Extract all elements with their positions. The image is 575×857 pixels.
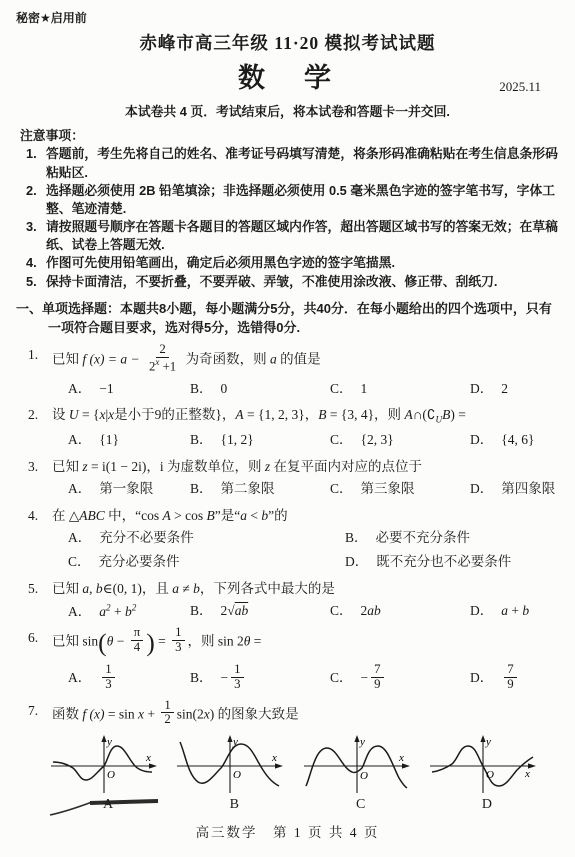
x-axis-label: x	[145, 752, 151, 764]
option-d: D．{4, 6}	[470, 430, 559, 450]
question-6-options: A．13 B．−13 C．−79 D．79	[68, 665, 559, 694]
option-c: C．第三象限	[330, 479, 470, 499]
question-number: 4.	[28, 506, 52, 526]
option-label: D．	[470, 603, 493, 618]
question-7: 7. 函数 f (x) = sin x + 12sin(2x) 的图象大致是	[28, 701, 559, 730]
graph-b-plot: y x O	[172, 733, 296, 795]
option-text: −79	[361, 670, 387, 685]
graph-b-label-row: B	[172, 795, 296, 817]
question-5: 5. 已知 a, b∈(0, 1)，且 a ≠ b，下列各式中最大的是	[28, 579, 559, 599]
option-d: D．2	[470, 379, 559, 399]
note-text: 保持卡面清洁，不要折叠，不要弄破、弄皱，不准使用涂改液、修正带、刮纸刀.	[46, 273, 559, 291]
note-text: 选择题必须使用 2B 铅笔填涂；非选择题必须使用 0.5 毫米黑色字迹的签字笔书…	[46, 182, 559, 218]
note-number: 3.	[26, 218, 46, 254]
origin-label: O	[107, 769, 115, 781]
option-b: B．{1, 2}	[190, 430, 330, 450]
exam-paper-page: 秘密★启用前 赤峰市高三年级 11·20 模拟考试试题 数 学 2025.11 …	[0, 0, 575, 857]
option-b: B．−13	[190, 665, 330, 694]
option-label: C．	[330, 670, 353, 685]
graph-option-a: y x O A	[46, 733, 170, 817]
origin-label: O	[233, 769, 241, 781]
option-label: D．	[470, 432, 493, 447]
option-label: C．	[330, 432, 353, 447]
option-label: D．	[345, 554, 368, 569]
question-number: 3.	[28, 457, 52, 477]
option-a: A．13	[68, 665, 190, 694]
option-text: 2	[501, 381, 508, 396]
x-axis-label: x	[271, 752, 277, 764]
note-text: 作图可先使用铅笔画出，确定后必须用黑色字迹的签字笔描黑.	[46, 254, 559, 272]
graph-c-label-row: C	[299, 795, 423, 817]
question-number: 6.	[28, 628, 52, 648]
question-number: 1.	[28, 345, 52, 365]
graph-option-d: y x O D	[425, 733, 549, 817]
question-number: 2.	[28, 405, 52, 425]
option-label: A．	[68, 604, 91, 619]
option-label: A．	[68, 530, 91, 545]
option-label: B．	[345, 530, 368, 545]
graph-a-curve	[53, 746, 152, 780]
x-axis-label: x	[398, 752, 404, 764]
question-4-options: A．充分不必要条件 B．必要不充分条件 C．充分必要条件 D．既不充分也不必要条…	[68, 528, 559, 571]
question-4: 4. 在 △ABC 中，“cos A > cos B”是“a < b”的	[28, 506, 559, 526]
note-number: 5.	[26, 273, 46, 291]
y-axis-label: y	[232, 736, 238, 748]
option-label: A．	[68, 381, 91, 396]
exam-date: 2025.11	[499, 78, 541, 97]
graph-option-b: y x O B	[172, 733, 296, 817]
option-text: a2 + b2	[99, 604, 136, 619]
option-d: D．第四象限	[470, 479, 559, 499]
option-a: A．充分不必要条件	[68, 528, 345, 548]
note-item-1: 1. 答题前，考生先将自己的姓名、准考证号码填写清楚，将条形码准确粘贴在考生信息…	[26, 145, 559, 181]
return-note: 本试卷共 4 页．考试结束后，将本试卷和答题卡一并交回.	[16, 103, 559, 122]
question-2: 2. 设 U = {x|x是小于9的正整数}，A = {1, 2, 3}，B =…	[28, 405, 559, 427]
note-item-4: 4. 作图可先使用铅笔画出，确定后必须用黑色字迹的签字笔描黑.	[26, 254, 559, 272]
question-stem: 函数 f (x) = sin x + 12sin(2x) 的图象大致是	[52, 701, 559, 730]
option-text: 第二象限	[221, 481, 275, 496]
question-2-options: A．{1} B．{1, 2} C．{2, 3} D．{4, 6}	[68, 430, 559, 450]
graph-letter: B	[230, 797, 239, 812]
option-label: B．	[190, 381, 213, 396]
note-text: 请按照题号顺序在答题卡各题目的答题区域内作答，超出答题区域书写的答案无效；在草稿…	[46, 218, 559, 254]
graph-option-c: y x O C	[299, 733, 423, 817]
option-c: C．{2, 3}	[330, 430, 470, 450]
option-text: {4, 6}	[501, 432, 534, 447]
exam-title: 赤峰市高三年级 11·20 模拟考试试题	[16, 31, 559, 56]
option-text: −13	[221, 670, 247, 685]
graph-letter: C	[356, 797, 365, 812]
question-stem: 在 △ABC 中，“cos A > cos B”是“a < b”的	[52, 506, 559, 526]
option-text: 充分必要条件	[99, 554, 180, 569]
option-text: 第一象限	[99, 481, 153, 496]
option-text: {1}	[99, 432, 119, 447]
option-b: B．2√ab	[190, 601, 330, 621]
option-text: 2ab	[361, 603, 381, 618]
option-text: 既不充分也不必要条件	[376, 554, 511, 569]
subject-row: 数 学 2025.11	[16, 59, 559, 99]
note-number: 1.	[26, 145, 46, 181]
note-text: 答题前，考生先将自己的姓名、准考证号码填写清楚，将条形码准确粘贴在考生信息条形码…	[46, 145, 559, 181]
question-stem: 设 U = {x|x是小于9的正整数}，A = {1, 2, 3}，B = {3…	[52, 405, 559, 427]
option-text: {1, 2}	[221, 432, 254, 447]
option-label: C．	[330, 603, 353, 618]
option-a: A．a2 + b2	[68, 601, 190, 621]
note-item-3: 3. 请按照题号顺序在答题卡各题目的答题区域内作答，超出答题区域书写的答案无效；…	[26, 218, 559, 254]
question-7-graphs: y x O A y x O	[46, 733, 549, 817]
graph-a-plot: y x O	[46, 733, 170, 795]
option-b: B．0	[190, 379, 330, 399]
option-label: D．	[470, 481, 493, 496]
origin-label: O	[360, 770, 368, 782]
option-label: B．	[190, 481, 213, 496]
page-footer: 高三数学 第 1 页 共 4 页	[16, 823, 559, 843]
question-1-options: A．−1 B．0 C．1 D．2	[68, 379, 559, 399]
option-b: B．必要不充分条件	[345, 528, 559, 548]
option-text: 第三象限	[361, 481, 415, 496]
question-stem: 已知 a, b∈(0, 1)，且 a ≠ b，下列各式中最大的是	[52, 579, 559, 599]
option-label: A．	[68, 432, 91, 447]
option-a: A．{1}	[68, 430, 190, 450]
question-6: 6. 已知 sin(θ − π4) = 13，则 sin 2θ =	[28, 628, 559, 657]
option-text: 必要不充分条件	[376, 530, 471, 545]
note-item-5: 5. 保持卡面清洁，不要折叠，不要弄破、弄皱，不准使用涂改液、修正带、刮纸刀.	[26, 273, 559, 291]
option-a: A．−1	[68, 379, 190, 399]
option-text: −1	[99, 381, 113, 396]
option-label: C．	[330, 481, 353, 496]
option-a: A．第一象限	[68, 479, 190, 499]
option-label: A．	[68, 670, 91, 685]
y-axis-label: y	[359, 736, 365, 748]
option-text: 充分不必要条件	[99, 530, 194, 545]
graph-letter: D	[482, 797, 492, 812]
option-label: D．	[470, 670, 493, 685]
question-stem: 已知 sin(θ − π4) = 13，则 sin 2θ =	[52, 628, 559, 657]
note-number: 2.	[26, 182, 46, 218]
option-d: D．79	[470, 665, 559, 694]
option-text: 13	[99, 670, 117, 685]
option-label: D．	[470, 381, 493, 396]
option-label: B．	[190, 670, 213, 685]
note-number: 4.	[26, 254, 46, 272]
option-c: C．2ab	[330, 601, 470, 621]
option-label: C．	[330, 381, 353, 396]
origin-label: O	[486, 769, 494, 781]
option-label: A．	[68, 481, 91, 496]
option-text: 1	[361, 381, 368, 396]
option-text: 第四象限	[501, 481, 555, 496]
subject-title: 数 学	[238, 63, 337, 93]
graph-c-plot: y x O	[299, 733, 423, 795]
question-3: 3. 已知 z = i(1 − 2i)，i 为虚数单位，则 z 在复平面内对应的…	[28, 457, 559, 477]
graph-letter: A	[103, 797, 113, 812]
option-c: C．−79	[330, 665, 470, 694]
option-b: B．第二象限	[190, 479, 330, 499]
note-item-2: 2. 选择题必须使用 2B 铅笔填涂；非选择题必须使用 0.5 毫米黑色字迹的签…	[26, 182, 559, 218]
notes-block: 注意事项： 1. 答题前，考生先将自己的姓名、准考证号码填写清楚，将条形码准确粘…	[16, 127, 559, 290]
option-label: B．	[190, 603, 213, 618]
option-text: 2√ab	[221, 603, 249, 618]
graph-a-label-row: A	[46, 795, 170, 817]
option-c: C．充分必要条件	[68, 552, 345, 572]
graph-d-label-row: D	[425, 795, 549, 817]
option-d: D．a + b	[470, 601, 559, 621]
question-1: 1. 已知 f (x) = a − 22x +1 为奇函数，则 a 的值是	[28, 345, 559, 376]
x-axis-label: x	[524, 768, 530, 780]
option-c: C．1	[330, 379, 470, 399]
option-label: B．	[190, 432, 213, 447]
classification-label: 秘密★启用前	[16, 10, 559, 27]
section-one-heading: 一、单项选择题：本题共8小题，每小题满分5分，共40分．在每小题给出的四个选项中…	[16, 299, 559, 338]
option-text: 0	[221, 381, 228, 396]
question-3-options: A．第一象限 B．第二象限 C．第三象限 D．第四象限	[68, 479, 559, 499]
notes-title: 注意事项：	[20, 127, 559, 145]
question-stem: 已知 z = i(1 − 2i)，i 为虚数单位，则 z 在复平面内对应的点位于	[52, 457, 559, 477]
question-number: 7.	[28, 701, 52, 721]
option-text: a + b	[501, 603, 529, 618]
option-text: 79	[501, 670, 519, 685]
graph-d-plot: y x O	[425, 733, 549, 795]
y-axis-label: y	[485, 736, 491, 748]
y-axis-label: y	[106, 736, 112, 748]
option-text: {2, 3}	[361, 432, 394, 447]
option-d: D．既不充分也不必要条件	[345, 552, 559, 572]
question-stem: 已知 f (x) = a − 22x +1 为奇函数，则 a 的值是	[52, 345, 559, 376]
question-number: 5.	[28, 579, 52, 599]
option-label: C．	[68, 554, 91, 569]
question-5-options: A．a2 + b2 B．2√ab C．2ab D．a + b	[68, 601, 559, 621]
